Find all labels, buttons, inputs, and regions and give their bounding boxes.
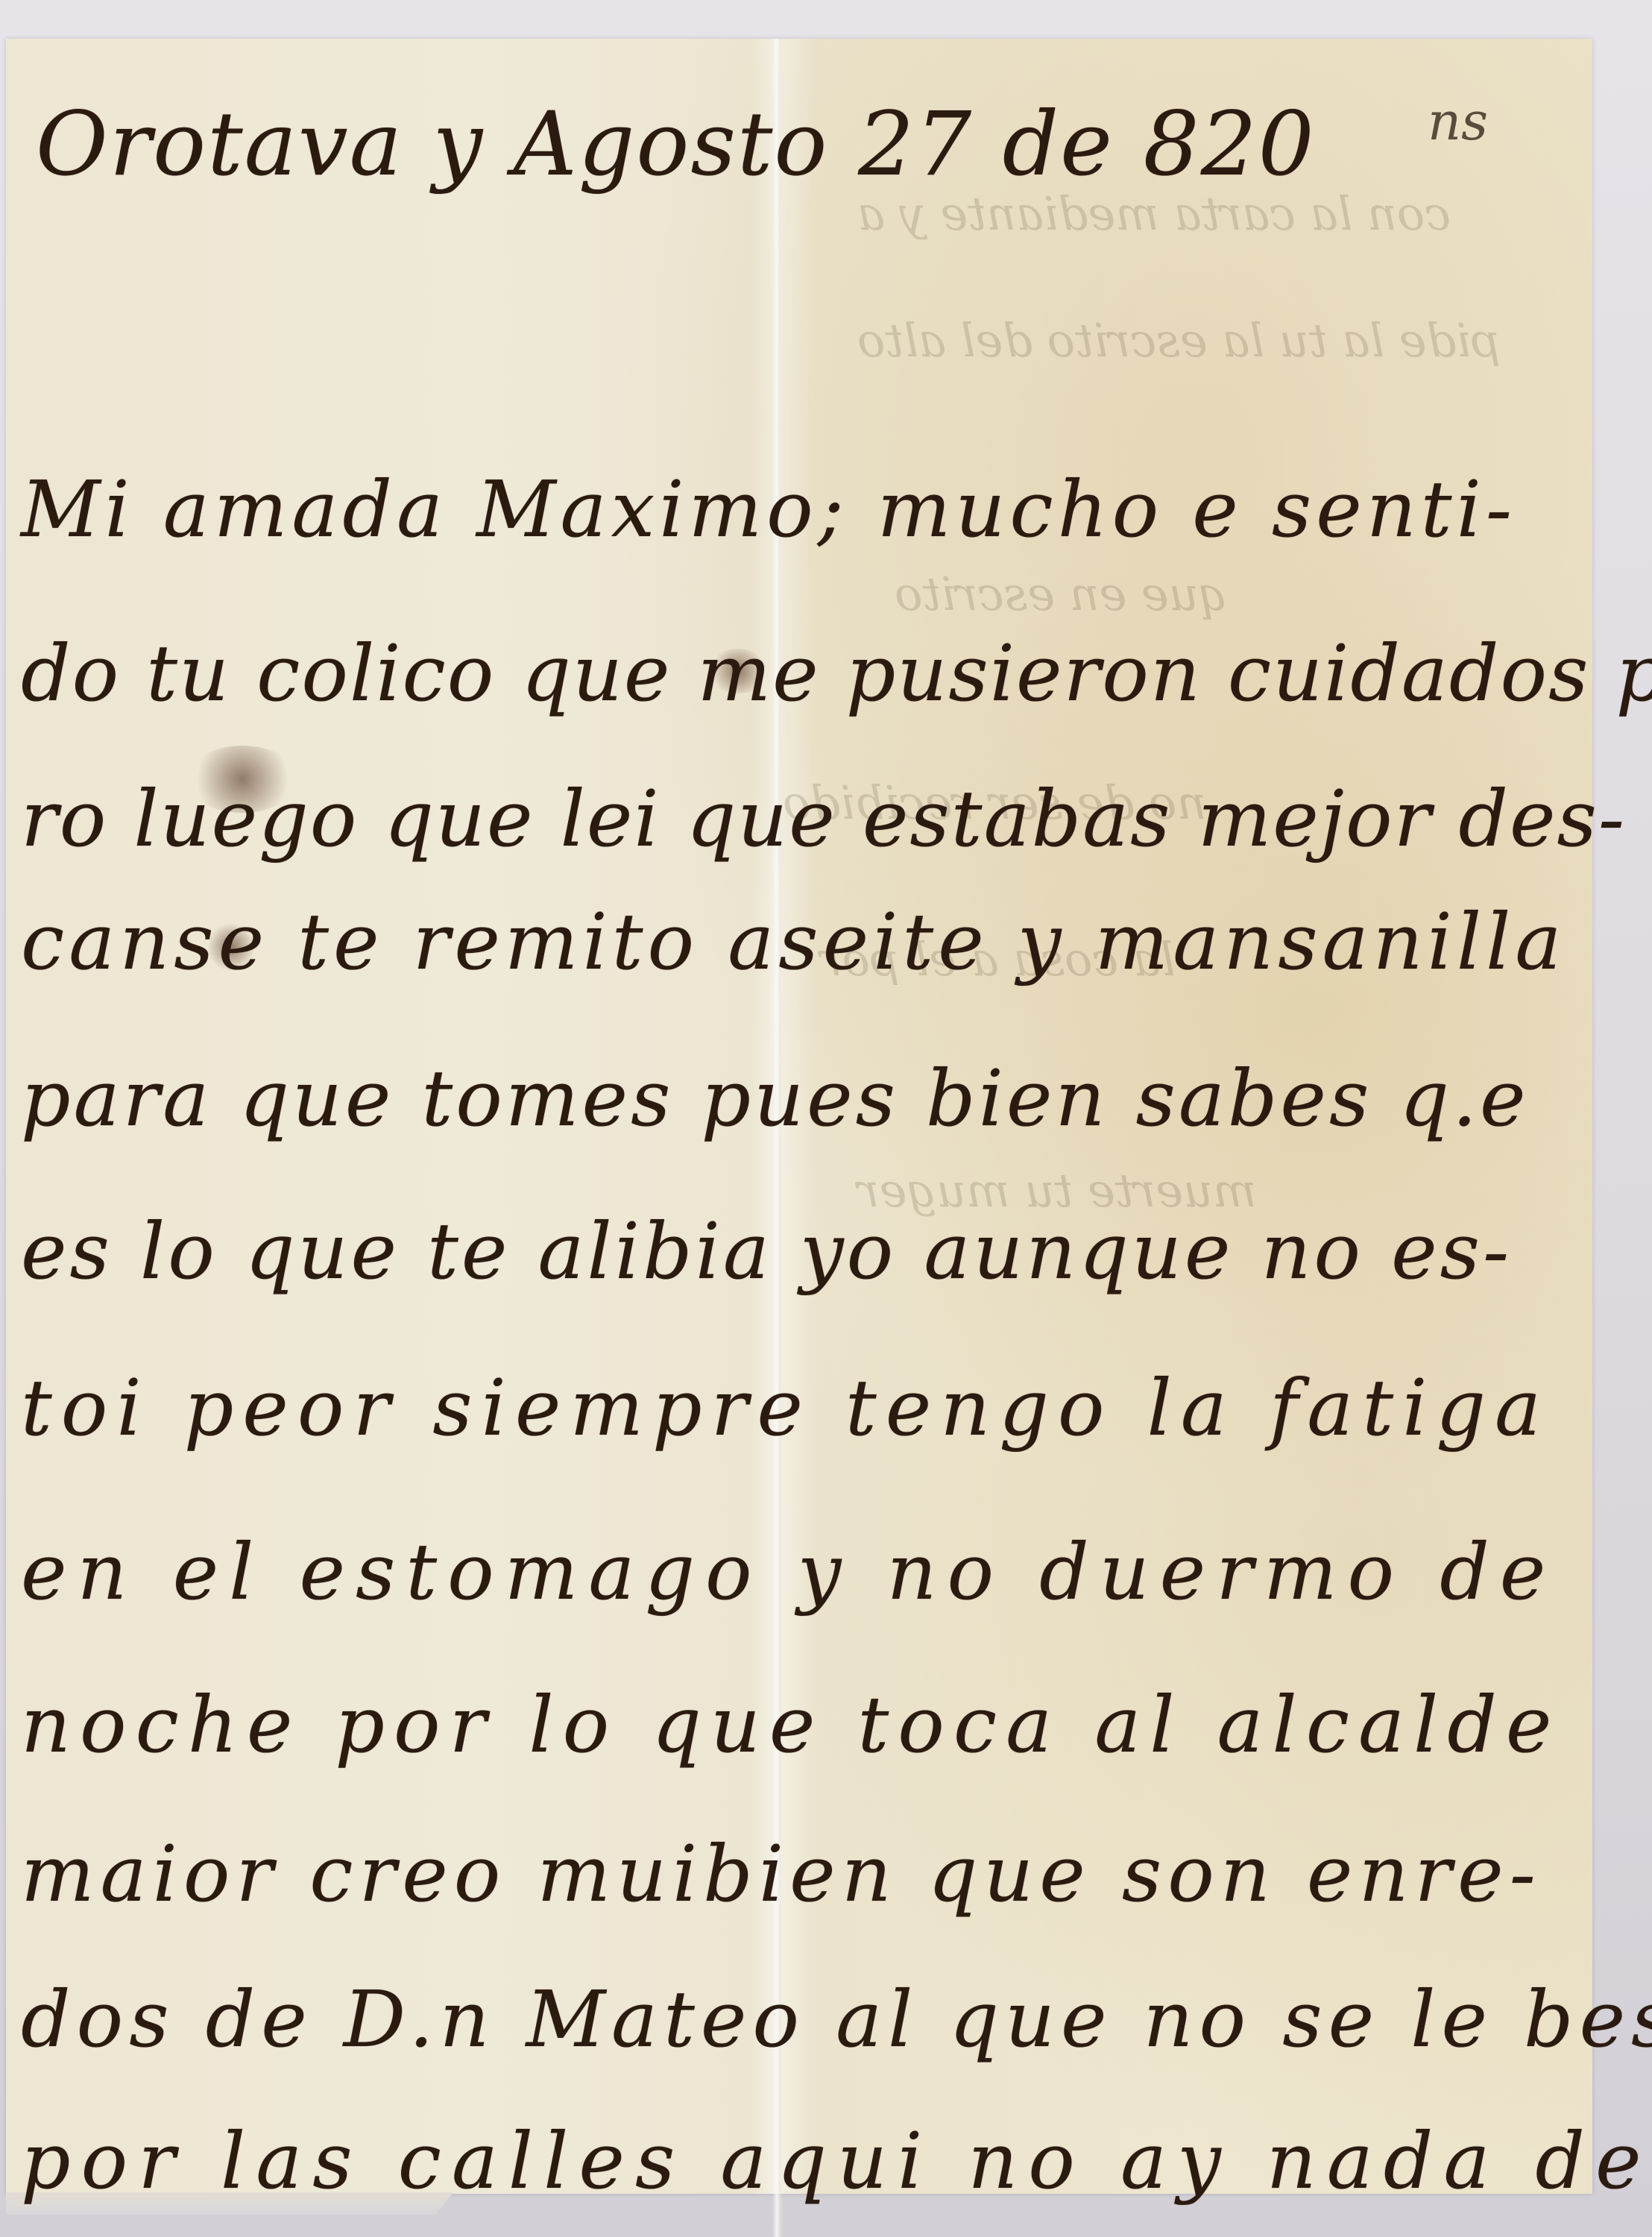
letter-line: do tu colico que me pusieron cuidados pe… [21, 628, 1652, 719]
letter-line: dos de D.n Mateo al que no se le bes [21, 1974, 1652, 2065]
letter-line: para que tomes pues bien sabes q.e [21, 1053, 1529, 1144]
letter-line: en el estomago y no duermo de [21, 1526, 1556, 1617]
letter-line: maior creo muibien que son enre- [21, 1828, 1542, 1919]
letter-line: toi peor siempre tengo la fatiga [21, 1362, 1550, 1453]
letter-content: ns Orotava y Agosto 27 de 820 Mi amada M… [6, 39, 1592, 2194]
corner-annotation: ns [1428, 91, 1488, 152]
letter-line: noche por lo que toca al alcalde [21, 1679, 1560, 1770]
letter-place-date: Orotava y Agosto 27 de 820 [36, 92, 1316, 195]
letter-line: canse te remito aseite y mansanilla [21, 896, 1566, 987]
letter-line: por las calles aqui no ay nada de [21, 2115, 1652, 2206]
letter-line: Mi amada Maximo; mucho e senti- [21, 464, 1516, 555]
letter-line: es lo que te alibia yo aunque no es- [21, 1206, 1512, 1297]
letter-line: ro luego que lei que estabas mejor des- [21, 773, 1626, 864]
